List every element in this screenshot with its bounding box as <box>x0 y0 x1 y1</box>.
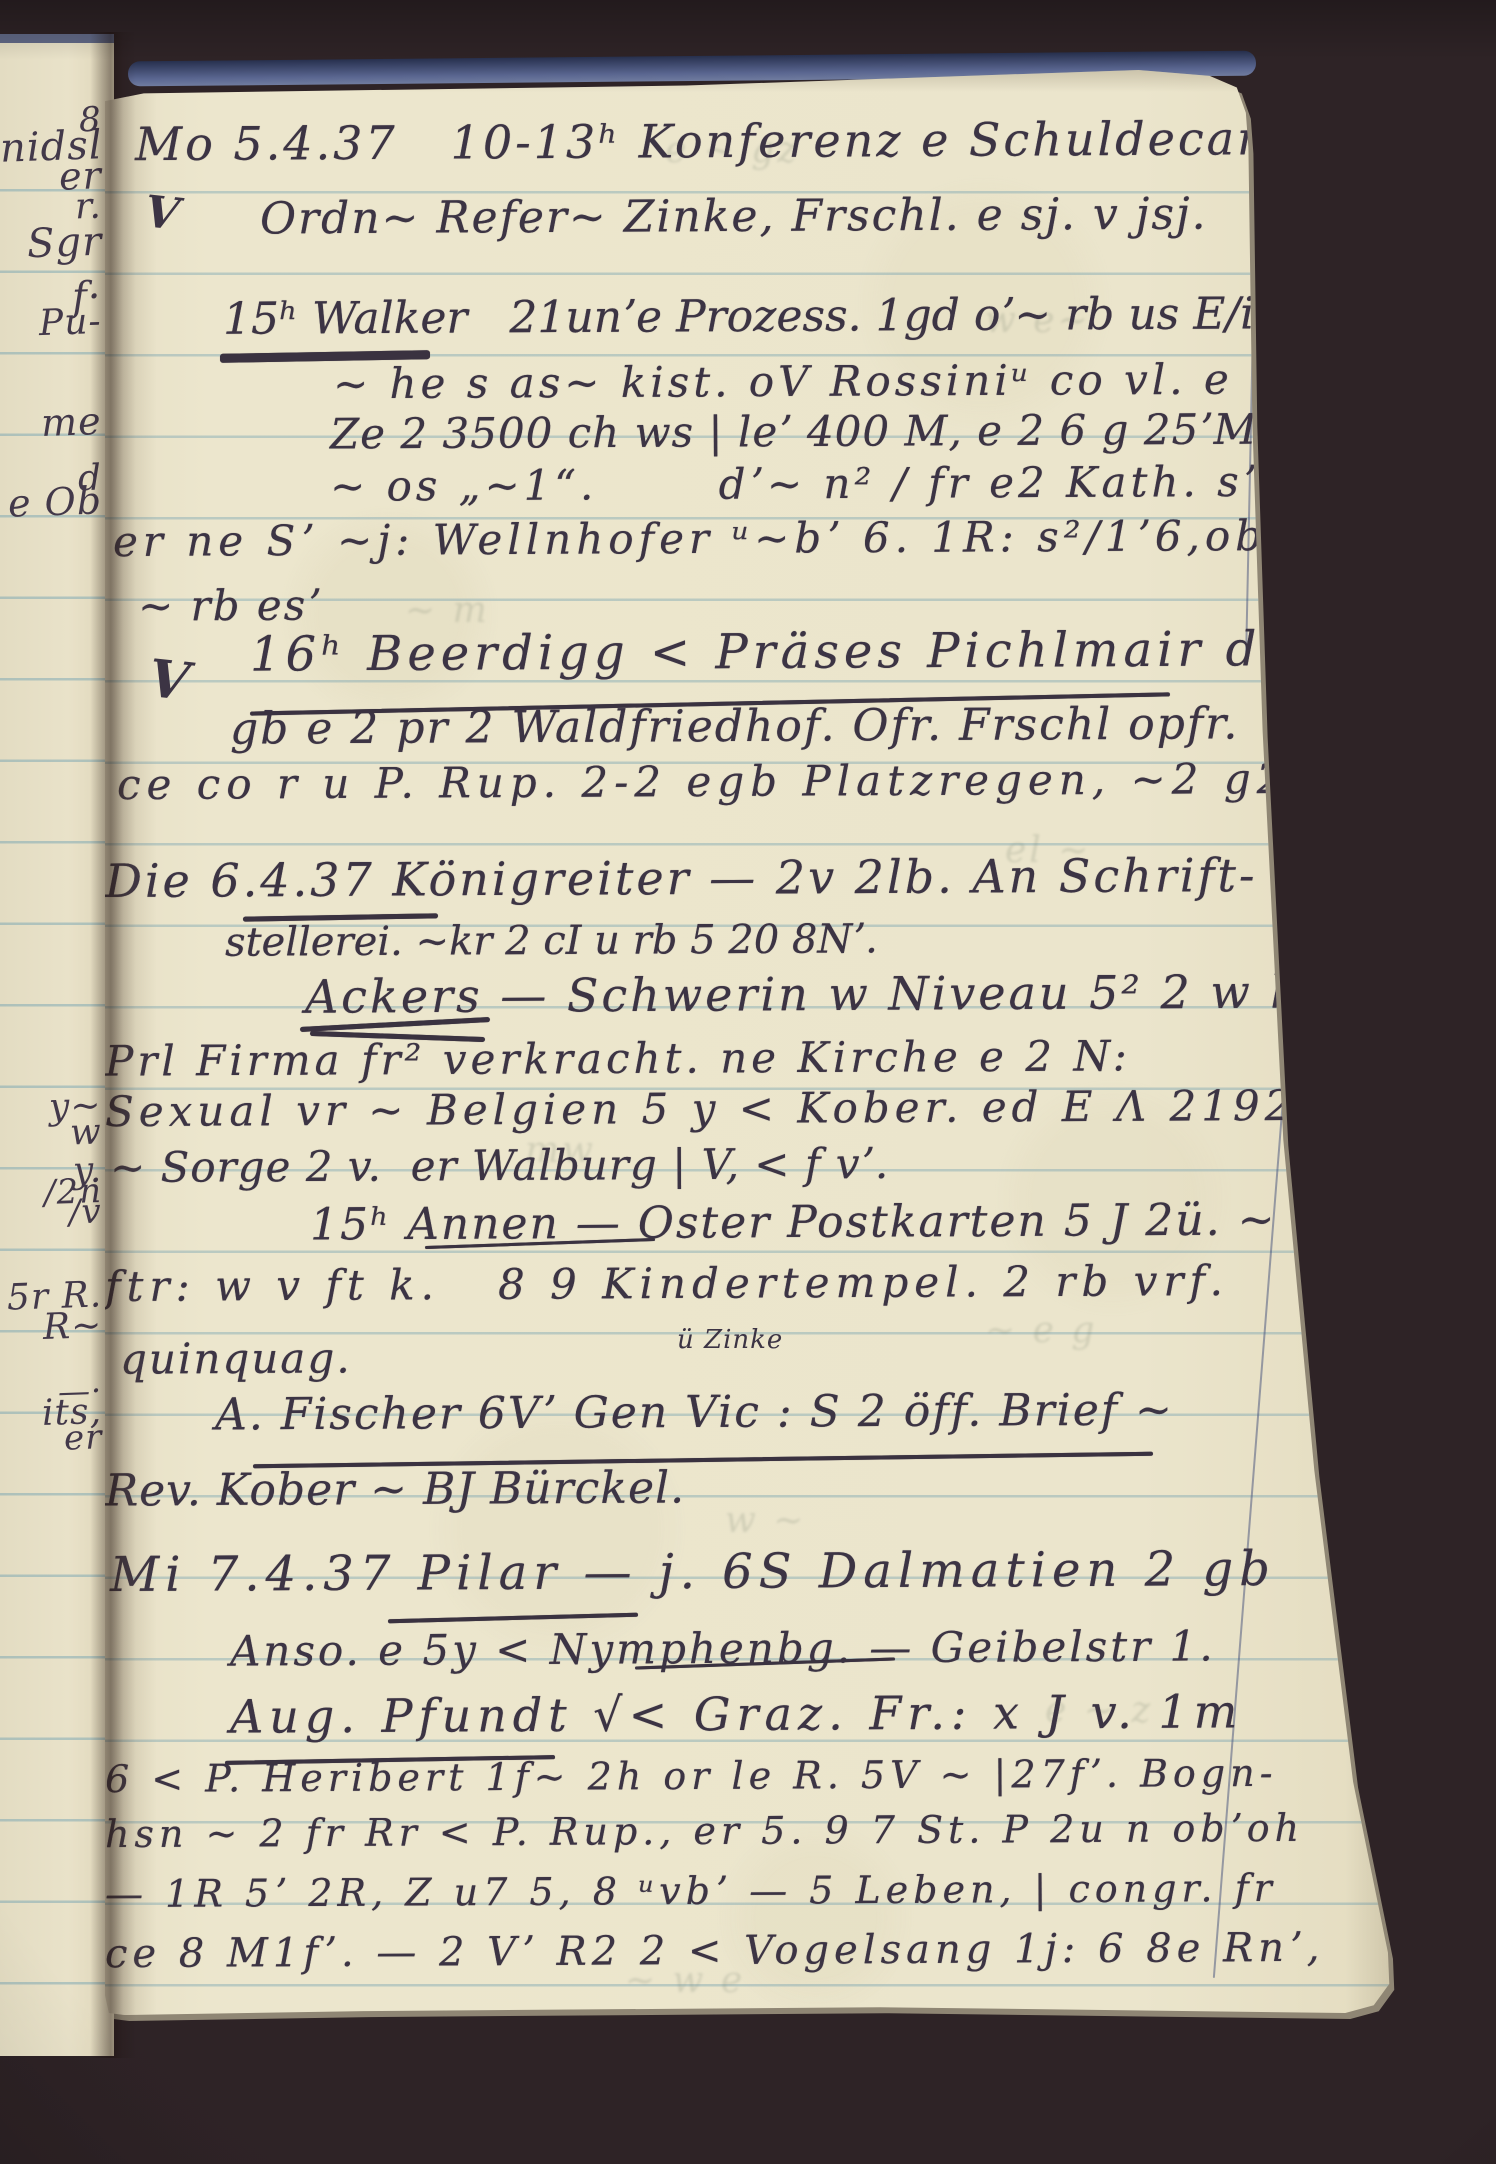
facing-page-fragment: er <box>63 1417 103 1458</box>
notebook-page: e ~ gzw e~~ mel ~mw~ e gw ~e ~ z~ w e Mo… <box>105 70 1397 2015</box>
facing-page-fragment: w <box>69 1111 102 1153</box>
facing-page-fragments-layer: 8nidslerr.Sgrf·Pu-mede Oby~wy./2n/v5r R.… <box>0 34 114 2056</box>
facing-page-fragment: me <box>41 399 103 445</box>
facing-page-fragment: /v <box>69 1191 103 1232</box>
page-edge-shading <box>105 70 1397 2015</box>
facing-page-fragment: Pu- <box>39 301 103 344</box>
facing-page-fragment: e Ob <box>7 478 103 525</box>
photo-backdrop-vignette: 8nidslerr.Sgrf·Pu-mede Oby~wy./2n/v5r R.… <box>0 0 1496 2164</box>
facing-navy-top-edge <box>0 34 114 43</box>
photo-backdrop: { "meta": { "document_type": "scanned ha… <box>0 0 1496 2164</box>
facing-page-fragment: R~ <box>42 1305 103 1348</box>
facing-page-edge: 8nidslerr.Sgrf·Pu-mede Oby~wy./2n/v5r R.… <box>0 34 114 2056</box>
facing-page-fragment: Sgr <box>26 219 103 268</box>
